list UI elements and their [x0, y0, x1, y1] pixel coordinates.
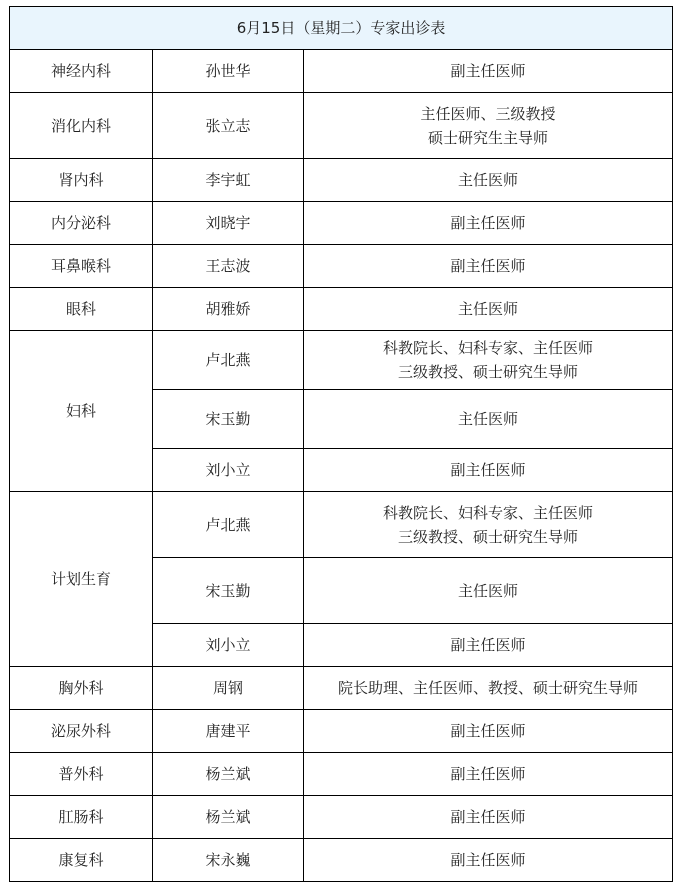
dept-cell: 普外科 [10, 753, 153, 796]
dept-cell: 神经内科 [10, 50, 153, 93]
title-cell: 主任医师、三级教授 硕士研究生主导师 [304, 93, 673, 159]
doctor-cell: 宋玉勤 [153, 558, 304, 624]
doctor-cell: 杨兰斌 [153, 753, 304, 796]
doctor-cell: 宋永巍 [153, 839, 304, 882]
title-cell: 副主任医师 [304, 710, 673, 753]
title-line: 三级教授、硕士研究生导师 [304, 525, 672, 549]
dept-cell: 眼科 [10, 288, 153, 331]
title-cell: 副主任医师 [304, 839, 673, 882]
title-line: 硕士研究生主导师 [304, 126, 672, 150]
title-cell: 副主任医师 [304, 245, 673, 288]
table-row: 肛肠科 杨兰斌 副主任医师 [10, 796, 673, 839]
title-cell: 主任医师 [304, 390, 673, 449]
doctor-cell: 张立志 [153, 93, 304, 159]
title-cell: 副主任医师 [304, 202, 673, 245]
title-cell: 科教院长、妇科专家、主任医师 三级教授、硕士研究生导师 [304, 492, 673, 558]
table-row: 妇科 卢北燕 科教院长、妇科专家、主任医师 三级教授、硕士研究生导师 [10, 331, 673, 390]
title-cell: 副主任医师 [304, 753, 673, 796]
title-cell: 副主任医师 [304, 796, 673, 839]
table-row: 普外科 杨兰斌 副主任医师 [10, 753, 673, 796]
doctor-cell: 刘小立 [153, 449, 304, 492]
doctor-cell: 刘小立 [153, 624, 304, 667]
doctor-cell: 卢北燕 [153, 331, 304, 390]
doctor-cell: 孙世华 [153, 50, 304, 93]
title-cell: 主任医师 [304, 159, 673, 202]
table-row: 泌尿外科 唐建平 副主任医师 [10, 710, 673, 753]
table-row: 耳鼻喉科 王志波 副主任医师 [10, 245, 673, 288]
doctor-cell: 胡雅娇 [153, 288, 304, 331]
doctor-cell: 卢北燕 [153, 492, 304, 558]
table-row: 计划生育 卢北燕 科教院长、妇科专家、主任医师 三级教授、硕士研究生导师 [10, 492, 673, 558]
dept-cell: 胸外科 [10, 667, 153, 710]
dept-cell: 耳鼻喉科 [10, 245, 153, 288]
doctor-cell: 王志波 [153, 245, 304, 288]
title-line: 科教院长、妇科专家、主任医师 [304, 336, 672, 360]
doctor-cell: 唐建平 [153, 710, 304, 753]
table-row: 胸外科 周钢 院长助理、主任医师、教授、硕士研究生导师 [10, 667, 673, 710]
doctor-cell: 宋玉勤 [153, 390, 304, 449]
title-line: 三级教授、硕士研究生导师 [304, 360, 672, 384]
table-row: 康复科 宋永巍 副主任医师 [10, 839, 673, 882]
table-row: 眼科 胡雅娇 主任医师 [10, 288, 673, 331]
expert-schedule-table: 6月15日（星期二）专家出诊表 神经内科 孙世华 副主任医师 消化内科 张立志 … [9, 6, 673, 882]
title-cell: 主任医师 [304, 288, 673, 331]
title-line: 主任医师、三级教授 [304, 102, 672, 126]
title-cell: 副主任医师 [304, 449, 673, 492]
title-cell: 院长助理、主任医师、教授、硕士研究生导师 [304, 667, 673, 710]
doctor-cell: 刘晓宇 [153, 202, 304, 245]
doctor-cell: 李宇虹 [153, 159, 304, 202]
dept-cell: 内分泌科 [10, 202, 153, 245]
dept-cell: 康复科 [10, 839, 153, 882]
dept-cell: 肾内科 [10, 159, 153, 202]
table-row: 消化内科 张立志 主任医师、三级教授 硕士研究生主导师 [10, 93, 673, 159]
dept-cell: 计划生育 [10, 492, 153, 667]
title-line: 科教院长、妇科专家、主任医师 [304, 501, 672, 525]
doctor-cell: 周钢 [153, 667, 304, 710]
title-cell: 副主任医师 [304, 50, 673, 93]
table-row: 内分泌科 刘晓宇 副主任医师 [10, 202, 673, 245]
title-cell: 副主任医师 [304, 624, 673, 667]
table-row: 肾内科 李宇虹 主任医师 [10, 159, 673, 202]
table-title: 6月15日（星期二）专家出诊表 [10, 7, 673, 50]
dept-cell: 泌尿外科 [10, 710, 153, 753]
dept-cell: 妇科 [10, 331, 153, 492]
dept-cell: 消化内科 [10, 93, 153, 159]
title-cell: 主任医师 [304, 558, 673, 624]
dept-cell: 肛肠科 [10, 796, 153, 839]
doctor-cell: 杨兰斌 [153, 796, 304, 839]
title-cell: 科教院长、妇科专家、主任医师 三级教授、硕士研究生导师 [304, 331, 673, 390]
table-row: 神经内科 孙世华 副主任医师 [10, 50, 673, 93]
